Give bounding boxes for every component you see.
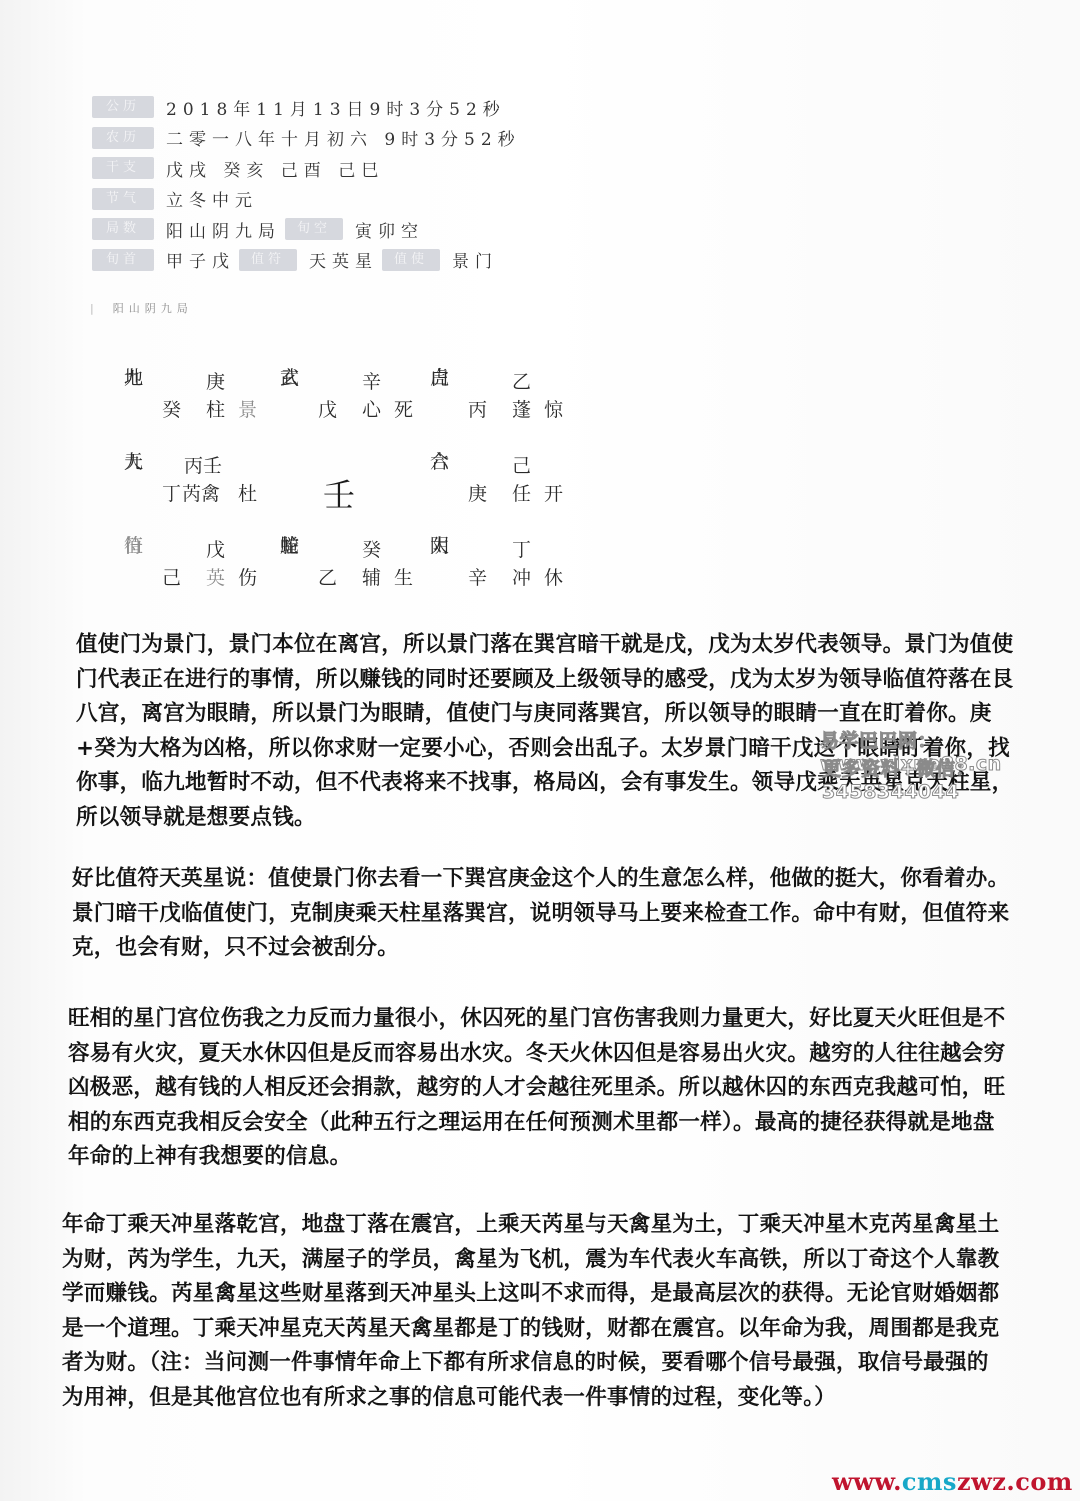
ju-value: 阳山阴九局	[166, 217, 281, 242]
caption-mark: |	[90, 302, 99, 315]
caption-text: 阳山阴九局	[113, 302, 193, 315]
earth-stem: 丁	[162, 482, 181, 506]
label-ganzhi: 干支	[92, 157, 154, 179]
label-zhifu: 值符	[239, 249, 297, 271]
earth-stem: 己	[162, 566, 181, 590]
earth-stem: 癸	[162, 398, 181, 422]
palace-middle-left: 九天 丙壬 丁 芮禽 杜	[118, 450, 268, 516]
door: 开	[544, 482, 563, 506]
label-xunshou: 旬首	[92, 249, 154, 271]
heaven-stem: 丁	[512, 538, 531, 562]
info-row-ganzhi: 干支 戊戌 癸亥 己酉 己巳	[92, 153, 692, 184]
center-palace: 壬	[323, 470, 355, 516]
zhishi-value: 景门	[452, 247, 498, 272]
label-solar-term: 节气	[92, 188, 154, 210]
label-xunkong: 旬空	[285, 218, 343, 240]
star: 心	[362, 398, 381, 422]
qimen-chart: 九地 庚 癸 柱 景 玄武 辛 戊 心 死 白虎 乙 丙 蓬 惊 九天 丙壬 丁…	[118, 366, 578, 596]
door: 死	[394, 398, 413, 422]
label-solar-date: 公历	[92, 96, 154, 118]
figure-caption: |阳山阴九局	[90, 300, 193, 316]
star: 柱	[206, 398, 225, 422]
palace-top-left: 九地 庚 癸 柱 景	[118, 366, 268, 432]
label-ju: 局数	[92, 218, 154, 240]
earth-stem: 庚	[468, 482, 487, 506]
watermark-contact: 更多资料+微信：3458344044	[822, 754, 1080, 803]
paragraph-3: 旺相的星门宫位伤我之力反而力量很小，休囚死的星门宫伤害我则力量更大，好比夏天火旺…	[68, 1002, 1008, 1175]
palace-bottom-right: 太阴 丁 辛 冲 休	[424, 534, 574, 600]
palace-top-right: 白虎 乙 丙 蓬 惊	[424, 366, 574, 432]
star: 英	[206, 566, 225, 590]
palace-top-center: 玄武 辛 戊 心 死	[274, 366, 424, 432]
info-row-solar-term: 节气 立冬中元	[92, 184, 692, 215]
solar-term-value: 立冬中元	[166, 186, 258, 211]
xunkong-value: 寅卯空	[355, 217, 424, 242]
heaven-stem: 庚	[206, 370, 225, 394]
heaven-stem: 丙壬	[184, 454, 222, 478]
site-logo-watermark: www.cmszwz.com	[832, 1467, 1073, 1496]
door: 惊	[544, 398, 563, 422]
heaven-stem: 癸	[362, 538, 381, 562]
earth-stem: 辛	[468, 566, 487, 590]
earth-stem: 丙	[468, 398, 487, 422]
door: 杜	[238, 482, 257, 506]
door: 生	[394, 566, 413, 590]
star: 冲	[512, 566, 531, 590]
info-row-solar-date: 公历 2018年11月13日9时3分52秒	[92, 92, 692, 123]
info-row-lunar-date: 农历 二零一八年十月初六 9时3分52秒	[92, 123, 692, 154]
heaven-stem: 己	[512, 454, 531, 478]
door: 伤	[238, 566, 257, 590]
solar-date-value: 2018年11月13日9时3分52秒	[166, 95, 506, 120]
heaven-stem: 辛	[362, 370, 381, 394]
door: 休	[544, 566, 563, 590]
lunar-date-value: 二零一八年十月初六 9时3分52秒	[166, 125, 521, 150]
palace-bottom-left: 值符 戊 己 英 伤	[118, 534, 268, 600]
door: 景	[238, 398, 257, 422]
xunshou-value: 甲子戊	[166, 247, 235, 272]
label-zhishi: 值使	[382, 249, 440, 271]
zhifu-value: 天英星	[309, 247, 378, 272]
info-row-xunshou: 旬首 甲子戊 值符 天英星 值使 景门	[92, 245, 692, 276]
heaven-stem: 戊	[206, 538, 225, 562]
earth-stem: 戊	[318, 398, 337, 422]
palace-middle-right: 六合 己 庚 任 开	[424, 450, 574, 516]
palace-bottom-center: 螣蛇 癸 乙 辅 生	[274, 534, 424, 600]
earth-stem: 乙	[318, 566, 337, 590]
heaven-stem: 乙	[512, 370, 531, 394]
star: 蓬	[512, 398, 531, 422]
star: 芮禽	[182, 482, 220, 506]
label-lunar-date: 农历	[92, 127, 154, 149]
info-row-ju: 局数 阳山阴九局 旬空 寅卯空	[92, 214, 692, 245]
star: 辅	[362, 566, 381, 590]
ganzhi-value: 戊戌 癸亥 己酉 己巳	[166, 156, 384, 181]
paragraph-4: 年命丁乘天冲星落乾宫，地盘丁落在震宫，上乘天芮星与天禽星为土，丁乘天冲星木克芮星…	[62, 1208, 1002, 1415]
paragraph-2: 好比值符天英星说：值使景门你去看一下巽宫庚金这个人的生意怎么样，他做的挺大，你看…	[72, 862, 1012, 966]
star: 任	[512, 482, 531, 506]
chart-info-header: 公历 2018年11月13日9时3分52秒 农历 二零一八年十月初六 9时3分5…	[92, 92, 692, 275]
